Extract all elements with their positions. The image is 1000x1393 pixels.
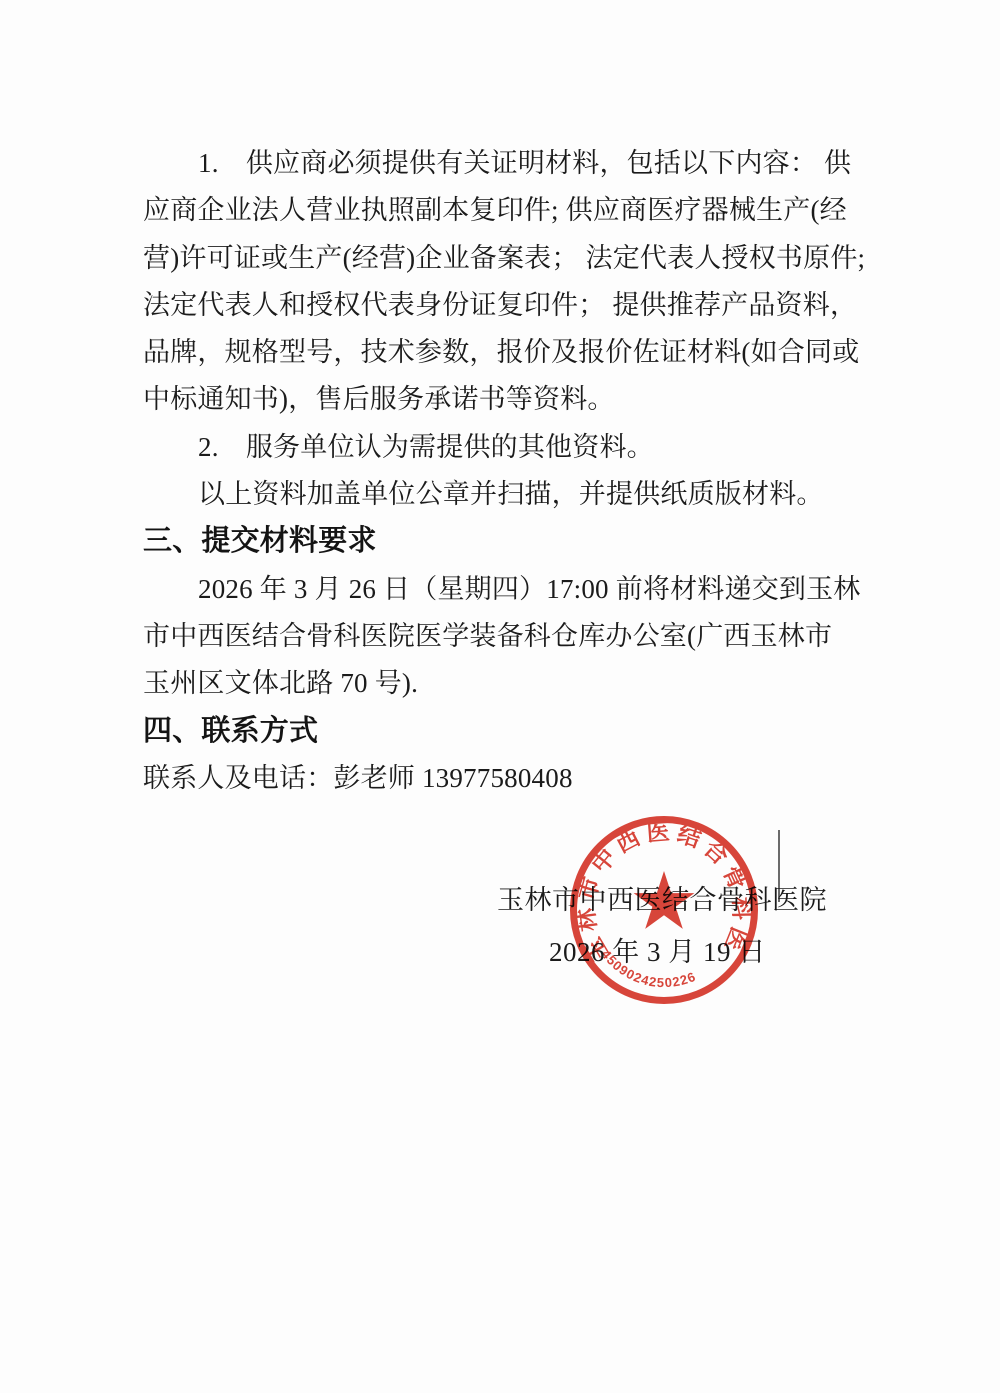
- document-line: 2026 年 3 月 26 日（星期四）17:00 前将材料递交到玉林: [143, 566, 865, 613]
- section-heading-contact: 四、联系方式: [143, 708, 865, 755]
- document-line: 应商企业法人营业执照副本复印件; 供应商医疗器械生产(经: [143, 187, 865, 234]
- document-line: 中标通知书)，售后服务承诺书等资料。: [143, 376, 865, 423]
- official-seal-stamp: 玉林市中西医结合骨科医院 4509024250226: [560, 806, 770, 1016]
- document-line: 以上资料加盖单位公章并扫描，并提供纸质版材料。: [143, 471, 865, 518]
- seal-ring-text: 玉林市中西医结合骨科医院: [560, 806, 754, 966]
- document-body: 1. 供应商必须提供有关证明材料，包括以下内容： 供 应商企业法人营业执照副本复…: [143, 140, 865, 802]
- document-line: 1. 供应商必须提供有关证明材料，包括以下内容： 供: [143, 140, 865, 187]
- document-line: 市中西医结合骨科医院医学装备科仓库办公室(广西玉林市: [143, 613, 865, 660]
- document-page: 1. 供应商必须提供有关证明材料，包括以下内容： 供 应商企业法人营业执照副本复…: [0, 0, 1000, 1393]
- document-line: 营)许可证或生产(经营)企业备案表； 法定代表人授权书原件;: [143, 235, 865, 282]
- document-line: 2. 服务单位认为需提供的其他资料。: [143, 424, 865, 471]
- document-line: 玉州区文体北路 70 号).: [143, 660, 865, 707]
- document-line: 法定代表人和授权代表身份证复印件； 提供推荐产品资料，: [143, 282, 865, 329]
- section-heading-submission: 三、提交材料要求: [143, 518, 865, 565]
- contact-line: 联系人及电话：彭老师 13977580408: [143, 755, 865, 802]
- document-line: 品牌，规格型号，技术参数，报价及报价佐证材料(如合同或: [143, 329, 865, 376]
- seal-star-icon: [634, 871, 695, 929]
